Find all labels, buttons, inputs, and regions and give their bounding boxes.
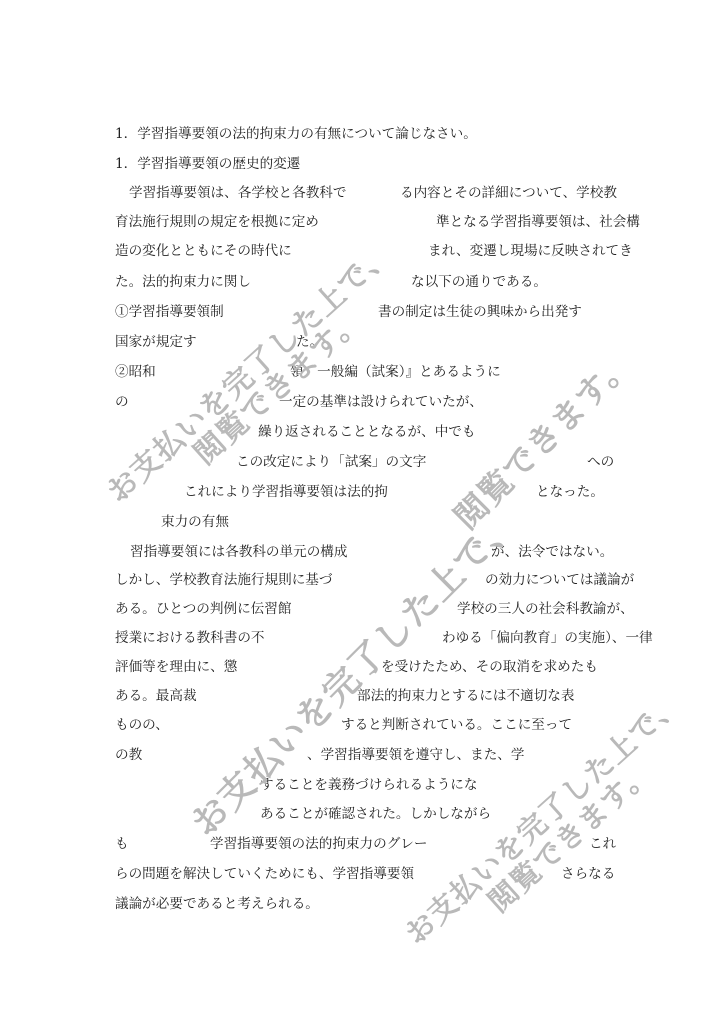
text-segment: を受けたため、その取消を求めたも [381,657,598,677]
document-line: ①学習指導要領制 書の制定は生徒の興味から出発す [115,302,617,322]
text-segment: る内容とその詳細について、学校教 [400,183,617,203]
text-segment: 準となる学習指導要領は、社会構 [436,212,640,232]
text-segment: ②昭和 [115,362,156,382]
text-segment: 習指導要領には各教科の単元の構成 [130,542,348,562]
text-segment: ものの、 [115,715,169,735]
document-page: 1．学習指導要領の法的拘束力の有無について論じなさい。 1．学習指導要領の歴史的… [0,0,724,1024]
text-segment: の教 [115,745,142,765]
document-line: の教 、学習指導要領を遵守し、また、学 [115,745,617,765]
text-segment: らの問題を解決していくためにも、学習指導要領 [115,864,414,884]
section-heading: 束力の有無 [115,512,617,532]
text-segment: 書の制定は生徒の興味から出発す [378,302,582,322]
text-segment: 授業における教科書の不 [115,628,265,648]
document-line: 1．学習指導要領の法的拘束力の有無について論じなさい。 [115,124,617,144]
text-segment: しかし、学校教育法施行規則に基づ [115,570,333,590]
text-segment: た。法的拘束力に関し [115,272,251,292]
text-segment: まれ、変遷し現場に反映されてき [428,241,633,261]
text-segment: すると判断されている。ここに至って [341,715,572,735]
text-segment: 造の変化とともにその時代に [115,241,292,261]
text-segment: 国家が規定す [115,332,197,352]
section-heading: 1．学習指導要領の歴史的変遷 [115,154,617,174]
text-segment: な以下の通りである。 [411,272,547,292]
document-line: しかし、学校教育法施行規則に基づ の効力については議論が [115,570,617,590]
text-segment: あることが確認された。しかしながら [260,804,491,824]
document-line: 議論が必要であると考えられる。 [115,894,617,914]
document-line: 学習指導要領は、各学校と各教科で る内容とその詳細について、学校教 [115,183,617,203]
text-segment: の効力については議論が [485,570,634,590]
text-segment: 1．学習指導要領の歴史的変遷 [115,154,300,174]
document-line: 育法施行規則の規定を根拠に定め 準となる学習指導要領は、社会構 [115,212,617,232]
text-segment: 学習指導要領の法的拘束力のグレー [210,834,428,854]
text-segment: わゆる「偏向教育」の実施）、一律 [442,628,653,648]
text-segment: ①学習指導要領制 [115,302,224,322]
text-segment: 学校の三人の社会科教諭が、 [457,599,634,619]
text-segment: この改定により「試案」の文字 [236,452,426,472]
text-segment: することを義務づけられるようにな [260,775,478,795]
document-line: これにより学習指導要領は法的拘 となった。 [115,482,617,502]
text-segment: ある。ひとつの判例に伝習館 [115,599,291,619]
text-segment: 部法的拘束力とするには不適切な表 [357,686,575,706]
document-line: ある。ひとつの判例に伝習館 学校の三人の社会科教諭が、 [115,599,617,619]
text-segment: 1．学習指導要領の法的拘束力の有無について論じなさい。 [115,124,477,144]
document-line: ②昭和 領 一般編（試案）』とあるように [115,362,617,382]
document-line: 国家が規定す た。 [115,332,617,352]
text-segment: さらなる [561,864,615,884]
text-segment: も [115,834,129,854]
text-segment: の [115,392,129,412]
text-segment: 評価等を理由に、懲 [115,657,237,677]
text-segment: これにより学習指導要領は法的拘 [184,482,388,502]
text-segment: 束力の有無 [161,512,229,532]
document-line: ものの、 すると判断されている。ここに至って [115,715,617,735]
text-segment: 、学習指導要領を遵守し、また、学 [307,745,525,765]
text-segment: となった。 [536,482,604,502]
text-segment: 議論が必要であると考えられる。 [115,894,319,914]
document-line: 習指導要領には各教科の単元の構成 が、法令ではない。 [115,542,617,562]
text-segment: 学習指導要領は、各学校と各教科で [129,183,347,203]
text-segment: への [587,452,614,472]
text-segment: 一定の基準は設けられていたが、 [279,392,483,412]
text-segment: 繰り返されることとなるが、中でも [258,422,476,442]
text-segment: 育法施行規則の規定を根拠に定め [115,212,319,232]
text-segment: ある。最高裁 [115,686,197,706]
